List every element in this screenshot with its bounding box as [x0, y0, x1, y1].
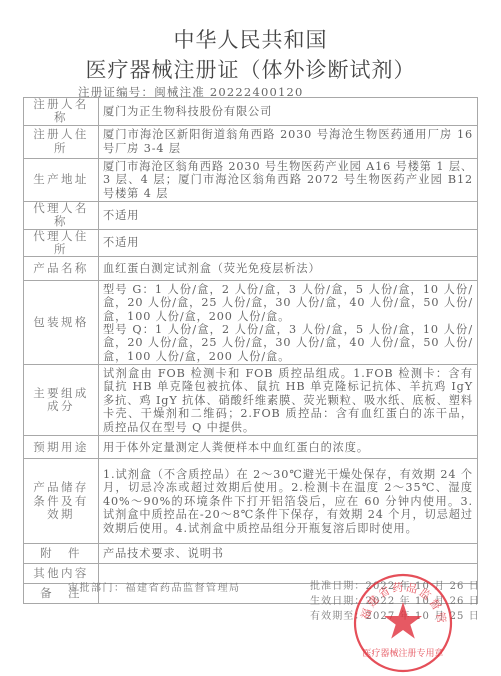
row-value: 产品技术要求、说明书	[99, 544, 478, 564]
table-row: 主要组成成分 试剂盒由 FOB 检测卡和 FOB 质控品组成。1.FOB 检测卡…	[24, 365, 478, 436]
document-title-country: 中华人民共和国	[0, 24, 501, 54]
table-row: 预期用途 用于体外定量测定人粪便样本中血红蛋白的浓度。	[24, 436, 478, 459]
row-label: 代理人住所	[24, 229, 99, 257]
seal-text: 医疗器械注册专用章	[362, 647, 443, 659]
row-label: 主要组成成分	[24, 365, 99, 436]
row-label: 产品储存条件及有效期	[24, 459, 99, 544]
row-value: 厦门市海沧区新阳街道翁角西路 2030 号海沧生物医药通用厂房 16 号厂房 3…	[99, 125, 478, 158]
table-row: 附 件 产品技术要求、说明书	[24, 544, 478, 564]
table-row: 生产地址 厦门市海沧区翁角西路 2030 号生物医药产业园 A16 号楼第 1 …	[24, 158, 478, 201]
row-label: 预期用途	[24, 436, 99, 459]
row-label: 生产地址	[24, 158, 99, 201]
table-row: 产品名称 血红蛋白测定试剂盒（荧光免疫层析法）	[24, 257, 478, 281]
table-row: 代理人名称 不适用	[24, 201, 478, 229]
row-label: 代理人名称	[24, 201, 99, 229]
row-label: 注册人住所	[24, 125, 99, 158]
row-value: 血红蛋白测定试剂盒（荧光免疫层析法）	[99, 257, 478, 281]
row-label: 产品名称	[24, 257, 99, 281]
table-row: 代理人住所 不适用	[24, 229, 478, 257]
row-value: 不适用	[99, 229, 478, 257]
row-value: 型号 G：1 人份/盒，2 人份/盒，3 人份/盒，5 人份/盒，10 人份/盒…	[99, 281, 478, 365]
table-row: 包装规格 型号 G：1 人份/盒，2 人份/盒，3 人份/盒，5 人份/盒，10…	[24, 281, 478, 365]
row-value: 不适用	[99, 201, 478, 229]
table-row: 产品储存条件及有效期 1.试剂盒（不含质控品）在 2～30℃避光干燥处保存，有效…	[24, 459, 478, 544]
package-spec-model-q: 型号 Q：1 人份/盒，2 人份/盒，3 人份/盒，5 人份/盒，10 人份/盒…	[103, 323, 473, 363]
certificate-table: 注册人名称 厦门为正生物科技股份有限公司 注册人住所 厦门市海沧区新阳街道翁角西…	[23, 97, 478, 604]
row-label: 注册人名称	[24, 98, 99, 126]
row-value: 厦门市海沧区翁角西路 2030 号生物医药产业园 A16 号楼第 1 层、3 层…	[99, 158, 478, 201]
package-spec-model-g: 型号 G：1 人份/盒，2 人份/盒，3 人份/盒，5 人份/盒，10 人份/盒…	[103, 283, 473, 323]
table-row: 注册人名称 厦门为正生物科技股份有限公司	[24, 98, 478, 126]
row-value: 试剂盒由 FOB 检测卡和 FOB 质控品组成。1.FOB 检测卡：含有鼠抗 H…	[99, 365, 478, 436]
table-row: 注册人住所 厦门市海沧区新阳街道翁角西路 2030 号海沧生物医药通用厂房 16…	[24, 125, 478, 158]
official-seal-icon: 福建省药品监督管理局 医疗器械注册专用章	[352, 572, 454, 674]
approval-department: 审批部门：福建省药品监督管理局	[68, 579, 241, 594]
document-title-certificate: 医疗器械注册证（体外诊断试剂）	[0, 54, 501, 84]
row-value: 1.试剂盒（不含质控品）在 2～30℃避光干燥处保存，有效期 24 个月，切忌冷…	[99, 459, 478, 544]
row-value: 用于体外定量测定人粪便样本中血红蛋白的浓度。	[99, 436, 478, 459]
row-label: 包装规格	[24, 281, 99, 365]
row-value: 厦门为正生物科技股份有限公司	[99, 98, 478, 126]
row-label: 附 件	[24, 544, 99, 564]
